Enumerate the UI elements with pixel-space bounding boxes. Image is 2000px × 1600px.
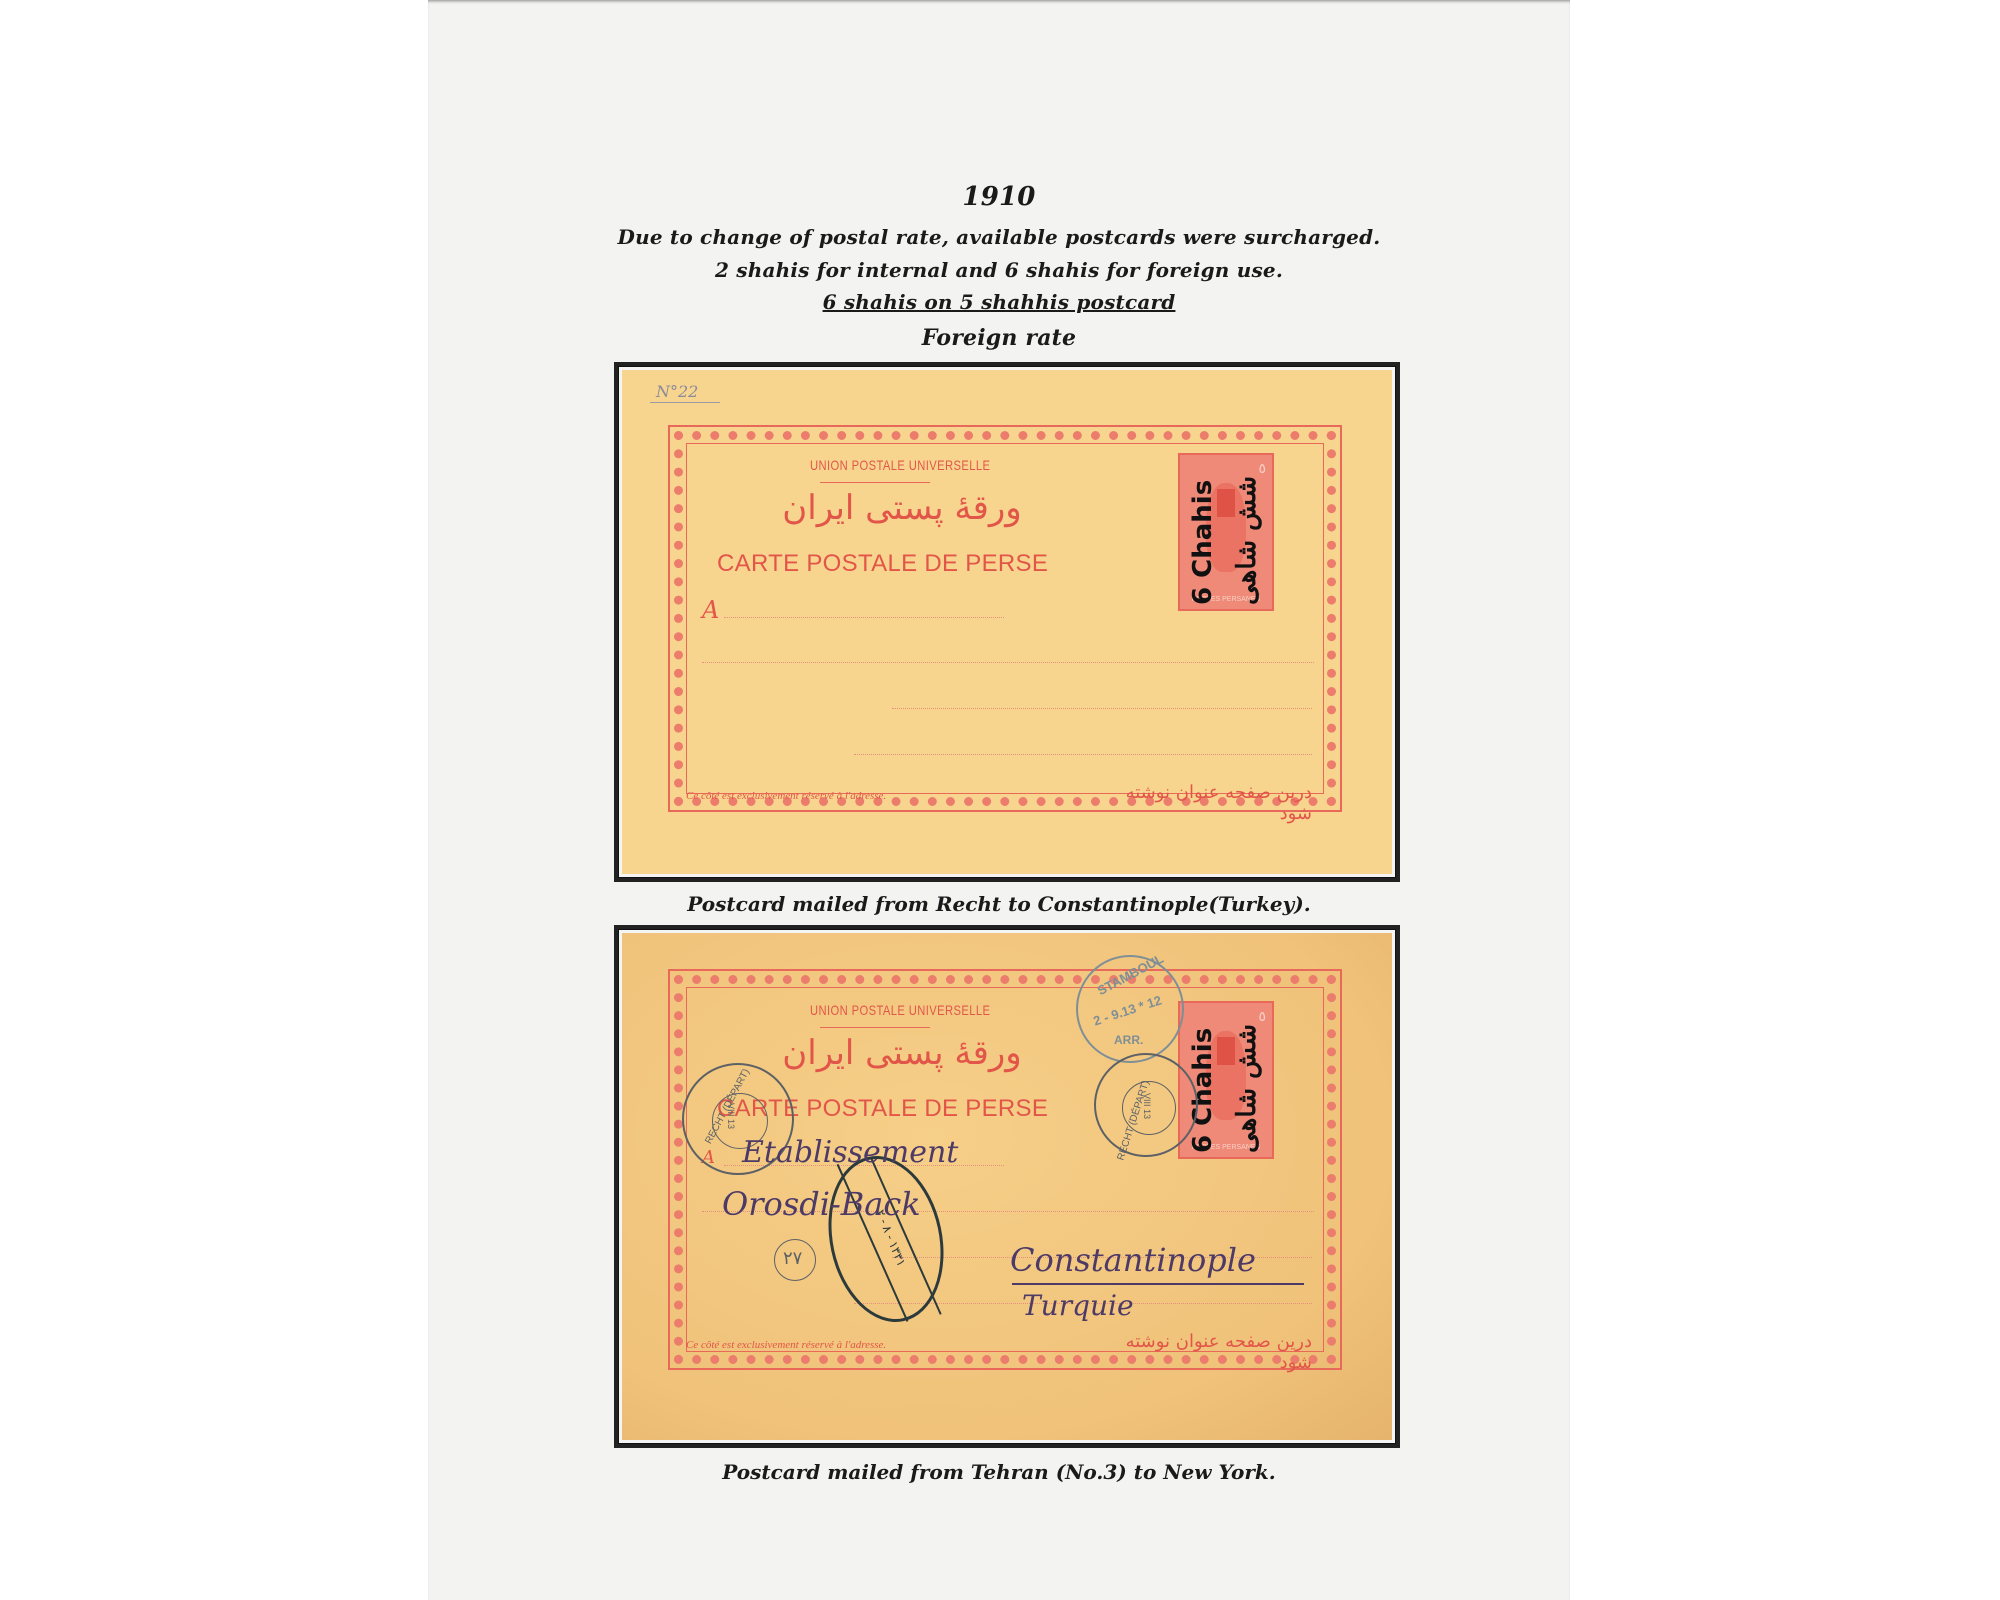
upu-heading: UNION POSTALE UNIVERSELLE: [810, 457, 990, 473]
page-year-heading: 1910: [428, 182, 1570, 212]
postcard-2-caption: Postcard mailed from Tehran (No.3) to Ne…: [428, 1460, 1570, 1484]
address-reserve-note: Ce côté est exclusivement réservé à l'ad…: [686, 1339, 886, 1351]
postmark-arr: ARR.: [1114, 1033, 1143, 1047]
imprinted-stamp: ٥ POSTES PERSANES 6 Chahis شش شاهی: [1178, 453, 1274, 611]
address-reserve-note: Ce côté est exclusivement réservé à l'ad…: [686, 790, 886, 802]
stamp-value-numeral: ٥: [1258, 461, 1266, 477]
upu-heading: UNION POSTALE UNIVERSELLE: [810, 1002, 990, 1018]
surcharge-persian: شش شاهی: [1232, 1024, 1262, 1153]
handwritten-underline: [1012, 1283, 1304, 1285]
postcard-2: UNION POSTALE UNIVERSELLE ورقهٔ پستی ایر…: [622, 933, 1392, 1440]
rate-heading: Foreign rate: [428, 325, 1570, 351]
circled-number-mark: ٢٧: [774, 1239, 816, 1281]
upu-rule: [820, 1027, 930, 1028]
persian-address-note: درین صفحه عنوان نوشته شود: [1092, 1331, 1312, 1373]
postmark-date: VIII 13: [1142, 1093, 1152, 1119]
address-prefix: A: [702, 596, 719, 624]
handwritten-address-line-3: Constantinople: [1010, 1241, 1256, 1279]
handwritten-address-line-1: Etablissement: [742, 1135, 958, 1170]
handwritten-address-line-4: Turquie: [1022, 1289, 1134, 1322]
address-line-1: [724, 617, 1004, 618]
persian-address-note: درین صفحه عنوان نوشته شود: [1092, 782, 1312, 824]
card-title: CARTE POSTALE DE PERSE: [717, 550, 1048, 578]
stamp-value-numeral: ٥: [1258, 1009, 1266, 1025]
pencil-inventory-note: N°22: [656, 382, 698, 401]
address-line-4: [854, 754, 1312, 755]
description-line-2: 2 shahis for internal and 6 shahis for f…: [428, 258, 1570, 282]
imprinted-stamp: ٥ POSTES PERSANES 6 Chahis شش شاهی: [1178, 1001, 1274, 1159]
persian-title: ورقهٔ پستی ایران: [752, 488, 1052, 528]
circled-number: ٢٧: [783, 1248, 802, 1269]
handwritten-address-line-2: Orosdi-Back: [722, 1185, 921, 1223]
persian-title: ورقهٔ پستی ایران: [752, 1033, 1052, 1073]
recht-departure-postmark-right: RECHT (DÉPART) VIII 13: [1094, 1053, 1198, 1157]
postcard-mount-1: N°22 UNION POSTALE UNIVERSELLE ورقهٔ پست…: [614, 362, 1400, 882]
stamboul-arrival-postmark: STAMBOUL 2 - 9.13 * 12 ARR.: [1076, 955, 1184, 1063]
description-line-3: 6 shahis on 5 shahhis postcard: [428, 290, 1570, 314]
address-line-3: [892, 708, 1312, 709]
postmark-date: VIII 13: [726, 1103, 736, 1129]
album-page: 1910 Due to change of postal rate, avail…: [428, 0, 1570, 1600]
postcard-1-caption: Postcard mailed from Recht to Constantin…: [428, 892, 1570, 916]
pencil-underline: [650, 402, 720, 403]
surcharge-latin: 6 Chahis: [1188, 480, 1218, 605]
postcard-1: N°22 UNION POSTALE UNIVERSELLE ورقهٔ پست…: [622, 370, 1392, 874]
address-line-2: [702, 662, 1314, 663]
postmark-city: STAMBOUL: [1095, 951, 1166, 998]
upu-rule: [820, 482, 930, 483]
surcharge-persian: شش شاهی: [1232, 476, 1262, 605]
description-line-1: Due to change of postal rate, available …: [428, 225, 1570, 249]
postcard-mount-2: UNION POSTALE UNIVERSELLE ورقهٔ پستی ایر…: [614, 925, 1400, 1448]
